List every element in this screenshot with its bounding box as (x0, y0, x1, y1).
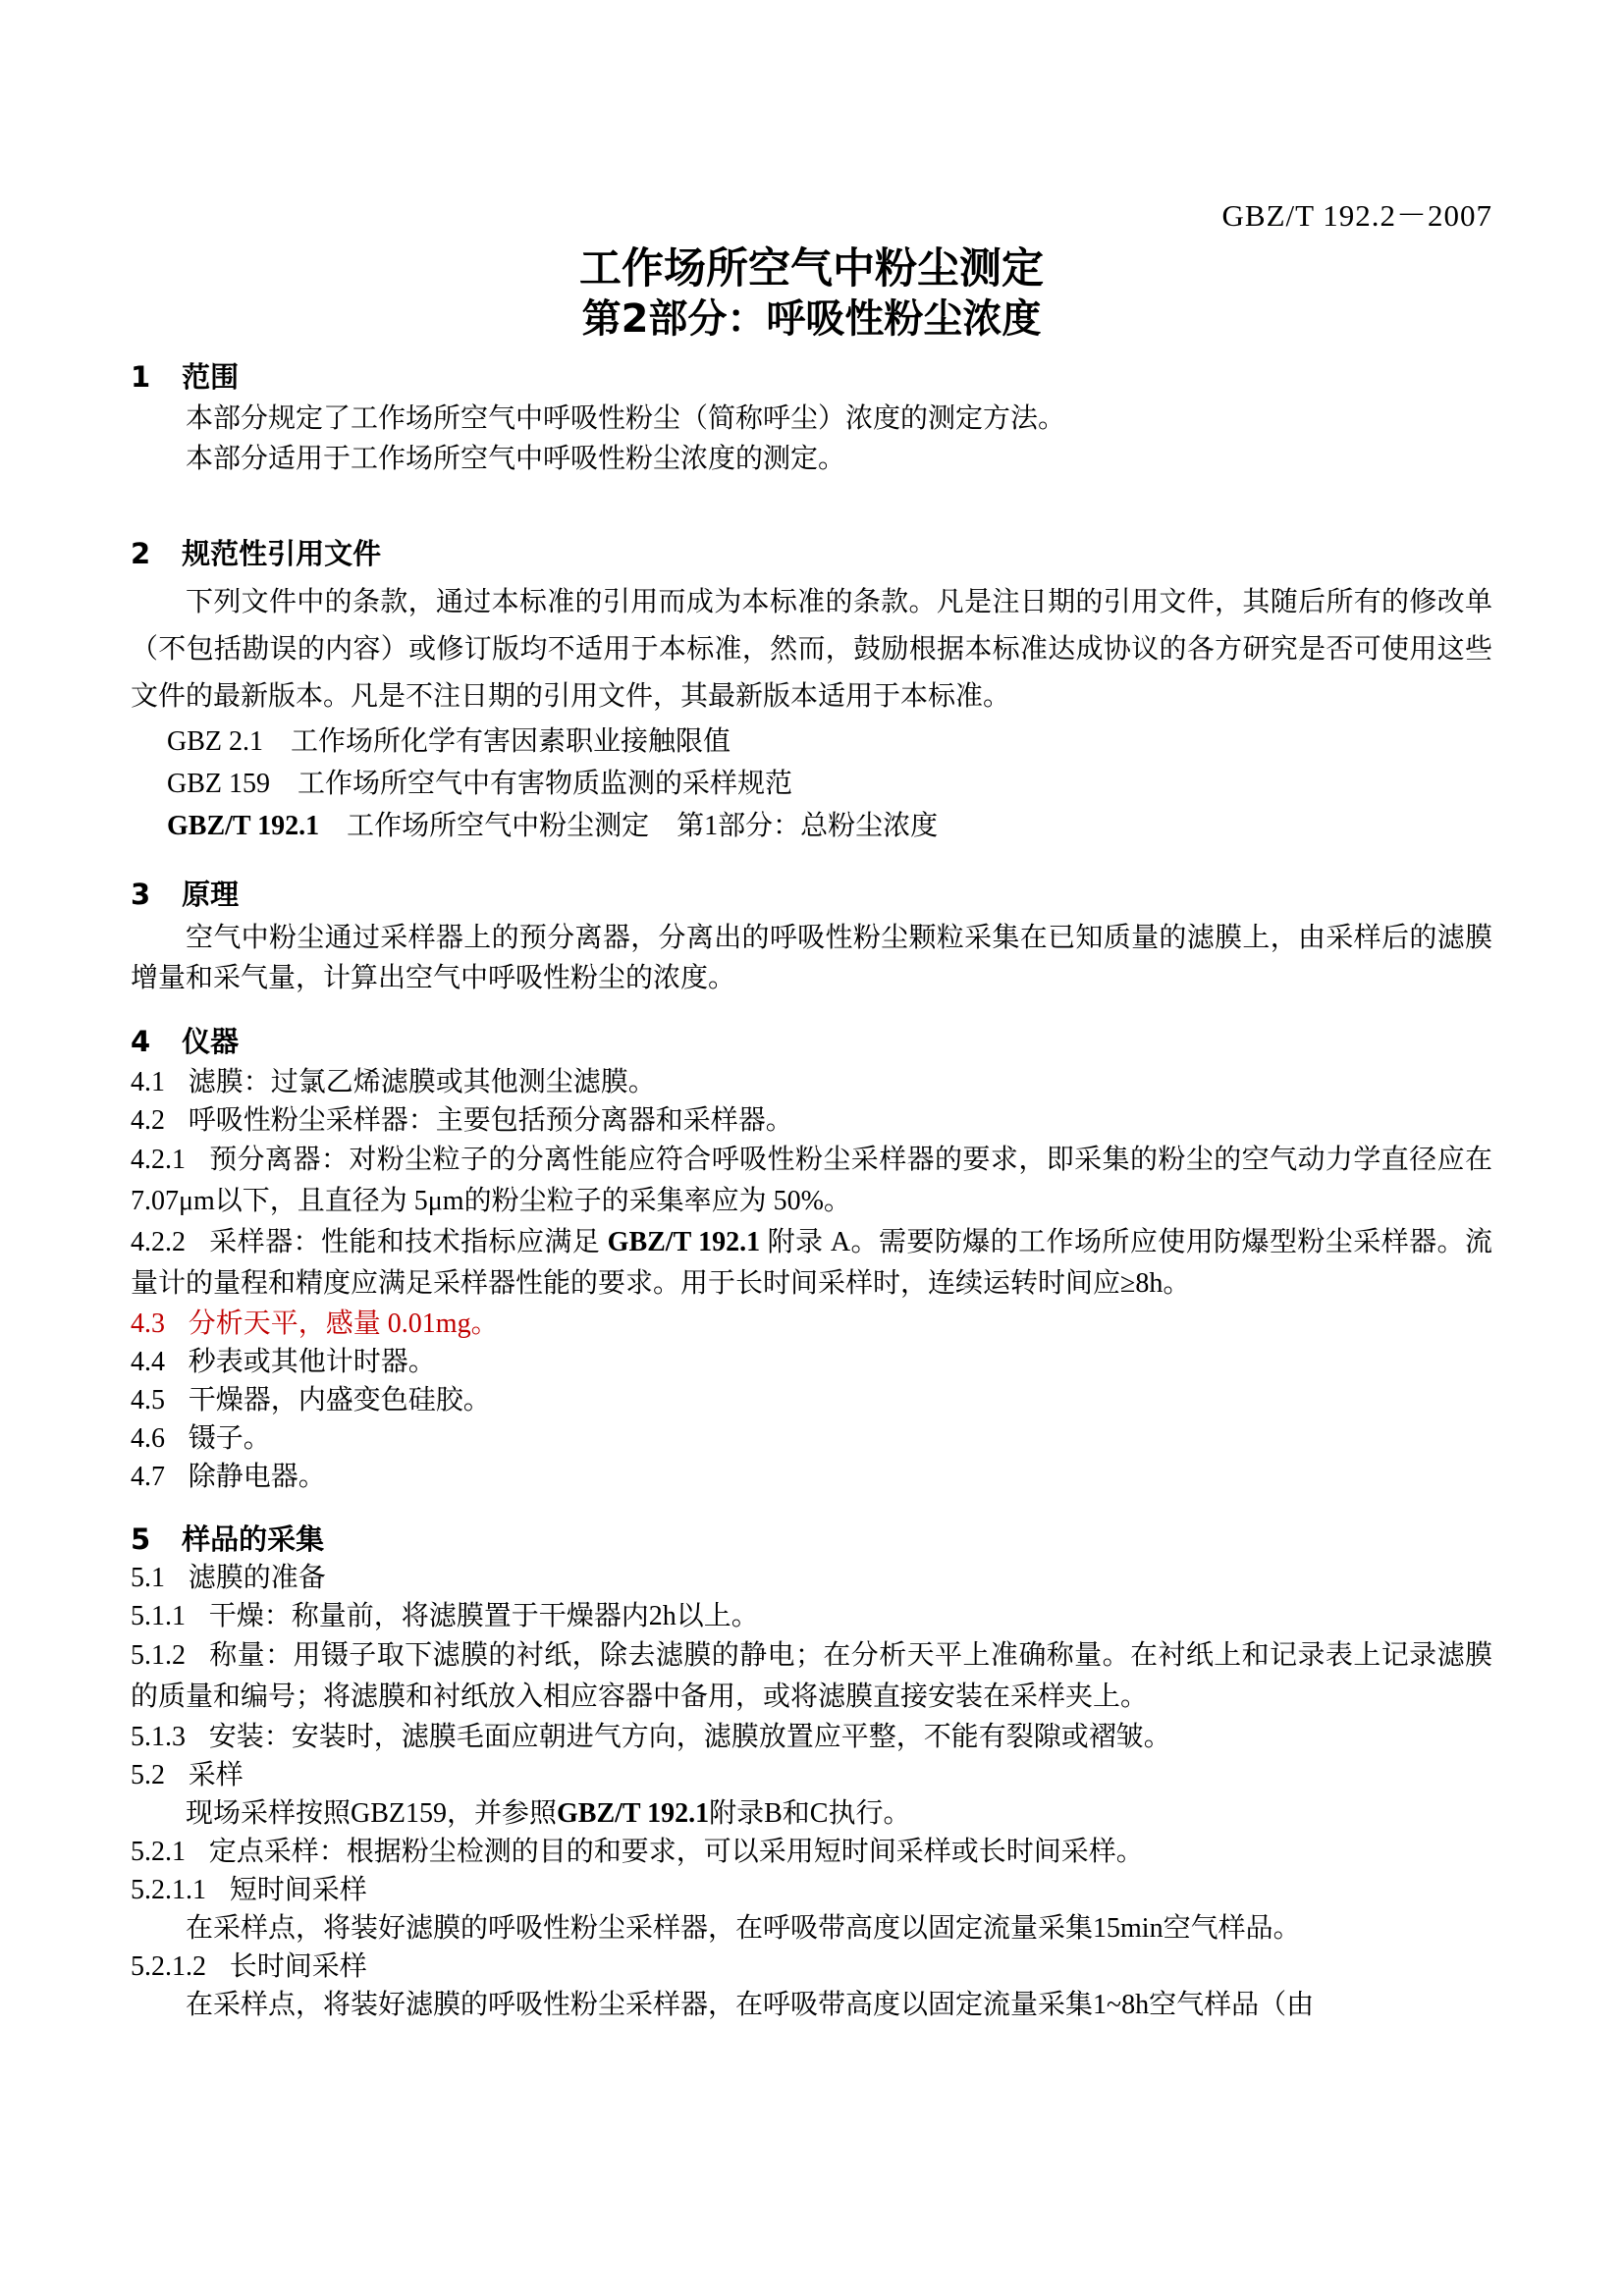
clause-number: 5.1.2 (131, 1640, 186, 1671)
sampling-note: 现场采样按照GBZ159，并参照GBZ/T 192.1附录B和C执行。 (131, 1794, 1492, 1833)
clause-5-2-1-2: 5.2.1.2长时间采样 (131, 1948, 1492, 1986)
clause-text: 分析天平，感量 0.01mg。 (189, 1308, 499, 1339)
section-3-title: 原理 (182, 878, 239, 911)
clause-text: 预分离器：对粉尘粒子的分离性能应符合呼吸性粉尘采样器的要求，即采集的粉尘的空气动… (131, 1145, 1492, 1216)
clause-number: 5.2 (131, 1760, 165, 1790)
section-5-heading: 5样品的采集 (131, 1520, 1492, 1559)
clause-text: 干燥：称量前，将滤膜置于干燥器内2h以上。 (209, 1601, 759, 1631)
document-page: GBZ/T 192.2－2007 工作场所空气中粉尘测定 第2部分：呼吸性粉尘浓… (0, 0, 1624, 2296)
clause-5-1-2: 5.1.2称量：用镊子取下滤膜的衬纸，除去滤膜的静电；在分析天平上准确称量。在衬… (131, 1635, 1492, 1718)
section-4-number: 4 (131, 1025, 150, 1058)
clause-4-6: 4.6镊子。 (131, 1419, 1492, 1458)
clause-number: 4.6 (131, 1423, 165, 1454)
clause-text: 采样 (189, 1760, 244, 1790)
clause-5-1: 5.1滤膜的准备 (131, 1559, 1492, 1597)
section-4-title: 仪器 (182, 1025, 239, 1058)
section-3-heading: 3原理 (131, 875, 1492, 914)
section-1-title: 范围 (182, 360, 239, 394)
clause-5-2: 5.2采样 (131, 1756, 1492, 1794)
clause-4-1: 4.1滤膜：过氯乙烯滤膜或其他测尘滤膜。 (131, 1063, 1492, 1101)
clause-number: 5.1.1 (131, 1601, 186, 1631)
clause-4-5: 4.5干燥器，内盛变色硅胶。 (131, 1381, 1492, 1419)
doc-title-line2: 第2部分：呼吸性粉尘浓度 (131, 296, 1492, 342)
standard-reference: GBZ/T 192.1 (608, 1227, 761, 1257)
clause-5-2-1-1: 5.2.1.1短时间采样 (131, 1871, 1492, 1909)
clause-4-2-1: 4.2.1预分离器：对粉尘粒子的分离性能应符合呼吸性粉尘采样器的要求，即采集的粉… (131, 1140, 1492, 1222)
clause-text: 镊子。 (189, 1423, 271, 1454)
doc-title-line1: 工作场所空气中粉尘测定 (131, 245, 1492, 293)
section-5-number: 5 (131, 1522, 150, 1556)
section-2-heading: 2规范性引用文件 (131, 534, 1492, 573)
clause-text: 除静电器。 (189, 1462, 326, 1492)
clause-number: 4.4 (131, 1347, 165, 1377)
section-1-heading: 1范围 (131, 357, 1492, 397)
section-5-title: 样品的采集 (182, 1522, 324, 1556)
section-2-title: 规范性引用文件 (182, 537, 381, 570)
normative-references-list: GBZ 2.1工作场所化学有害因素职业接触限值 GBZ 159工作场所空气中有害… (167, 721, 1492, 847)
section-2-number: 2 (131, 537, 150, 570)
clause-number: 4.5 (131, 1385, 165, 1415)
section-1-paragraph-2: 本部分适用于工作场所空气中呼吸性粉尘浓度的测定。 (131, 439, 1492, 479)
clause-5-1-1: 5.1.1干燥：称量前，将滤膜置于干燥器内2h以上。 (131, 1597, 1492, 1635)
clause-number: 4.2.2 (131, 1227, 186, 1257)
clause-text: 呼吸性粉尘采样器：主要包括预分离器和采样器。 (189, 1105, 793, 1136)
reference-item: GBZ/T 192.1工作场所空气中粉尘测定 第1部分：总粉尘浓度 (167, 805, 1492, 847)
reference-item: GBZ 2.1工作场所化学有害因素职业接触限值 (167, 721, 1492, 763)
clause-text: 滤膜的准备 (189, 1563, 326, 1593)
clause-text: 干燥器，内盛变色硅胶。 (189, 1385, 491, 1415)
clause-4-2: 4.2呼吸性粉尘采样器：主要包括预分离器和采样器。 (131, 1101, 1492, 1140)
clause-text: 采样器：性能和技术指标应满足 (209, 1227, 608, 1257)
note-text: 附录B和C执行。 (709, 1798, 910, 1829)
clause-4-3-highlighted: 4.3分析天平，感量 0.01mg。 (131, 1305, 1492, 1343)
clause-4-7: 4.7除静电器。 (131, 1458, 1492, 1496)
clause-text: 滤膜：过氯乙烯滤膜或其他测尘滤膜。 (189, 1067, 656, 1097)
standard-number: GBZ/T 192.2－2007 (131, 198, 1492, 234)
clause-text: 秒表或其他计时器。 (189, 1347, 436, 1377)
clause-number: 5.1.3 (131, 1722, 186, 1752)
clause-number: 5.2.1.1 (131, 1875, 206, 1905)
clause-4-2-2: 4.2.2采样器：性能和技术指标应满足 GBZ/T 192.1 附录 A。需要防… (131, 1222, 1492, 1305)
clause-text: 短时间采样 (230, 1875, 367, 1905)
section-1-paragraph-1: 本部分规定了工作场所空气中呼吸性粉尘（简称呼尘）浓度的测定方法。 (131, 399, 1492, 439)
clause-4-4: 4.4秒表或其他计时器。 (131, 1343, 1492, 1381)
clause-5-1-3: 5.1.3安装：安装时，滤膜毛面应朝进气方向，滤膜放置应平整，不能有裂隙或褶皱。 (131, 1718, 1492, 1756)
reference-number: GBZ 159 (167, 769, 270, 799)
clause-text: 称量：用镊子取下滤膜的衬纸，除去滤膜的静电；在分析天平上准确称量。在衬纸上和记录… (131, 1640, 1492, 1712)
clause-number: 4.3 (131, 1308, 165, 1339)
clause-text: 安装：安装时，滤膜毛面应朝进气方向，滤膜放置应平整，不能有裂隙或褶皱。 (209, 1722, 1171, 1752)
page-content: GBZ/T 192.2－2007 工作场所空气中粉尘测定 第2部分：呼吸性粉尘浓… (0, 198, 1624, 2024)
reference-item: GBZ 159工作场所空气中有害物质监测的采样规范 (167, 763, 1492, 805)
clause-number: 5.1 (131, 1563, 165, 1593)
section-3-number: 3 (131, 878, 150, 911)
reference-title: 工作场所空气中有害物质监测的采样规范 (298, 769, 792, 799)
reference-title: 工作场所化学有害因素职业接触限值 (291, 726, 731, 757)
clause-number: 4.2.1 (131, 1145, 186, 1175)
section-3-paragraph: 空气中粉尘通过采样器上的预分离器，分离出的呼吸性粉尘颗粒采集在已知质量的滤膜上，… (131, 918, 1492, 998)
standard-reference: GBZ/T 192.1 (557, 1798, 709, 1829)
clause-text: 长时间采样 (230, 1951, 367, 1982)
clause-number: 4.2 (131, 1105, 165, 1136)
clause-number: 5.2.1 (131, 1837, 186, 1867)
section-1-number: 1 (131, 360, 150, 394)
clause-text: 定点采样：根据粉尘检测的目的和要求，可以采用短时间采样或长时间采样。 (209, 1837, 1144, 1867)
clause-5-2-1: 5.2.1定点采样：根据粉尘检测的目的和要求，可以采用短时间采样或长时间采样。 (131, 1833, 1492, 1871)
section-2-intro: 下列文件中的条款，通过本标准的引用而成为本标准的条款。凡是注日期的引用文件，其随… (131, 579, 1492, 721)
clause-number: 5.2.1.2 (131, 1951, 206, 1982)
clause-number: 4.1 (131, 1067, 165, 1097)
reference-number: GBZ 2.1 (167, 726, 263, 757)
section-4-heading: 4仪器 (131, 1022, 1492, 1061)
reference-number: GBZ/T 192.1 (167, 811, 319, 841)
clause-number: 4.7 (131, 1462, 165, 1492)
long-sampling-paragraph: 在采样点，将装好滤膜的呼吸性粉尘采样器，在呼吸带高度以固定流量采集1~8h空气样… (131, 1986, 1492, 2024)
note-text: 现场采样按照GBZ159，并参照 (186, 1798, 557, 1829)
short-sampling-paragraph: 在采样点，将装好滤膜的呼吸性粉尘采样器，在呼吸带高度以固定流量采集15min空气… (131, 1909, 1492, 1948)
reference-title: 工作场所空气中粉尘测定 第1部分：总粉尘浓度 (347, 811, 938, 841)
